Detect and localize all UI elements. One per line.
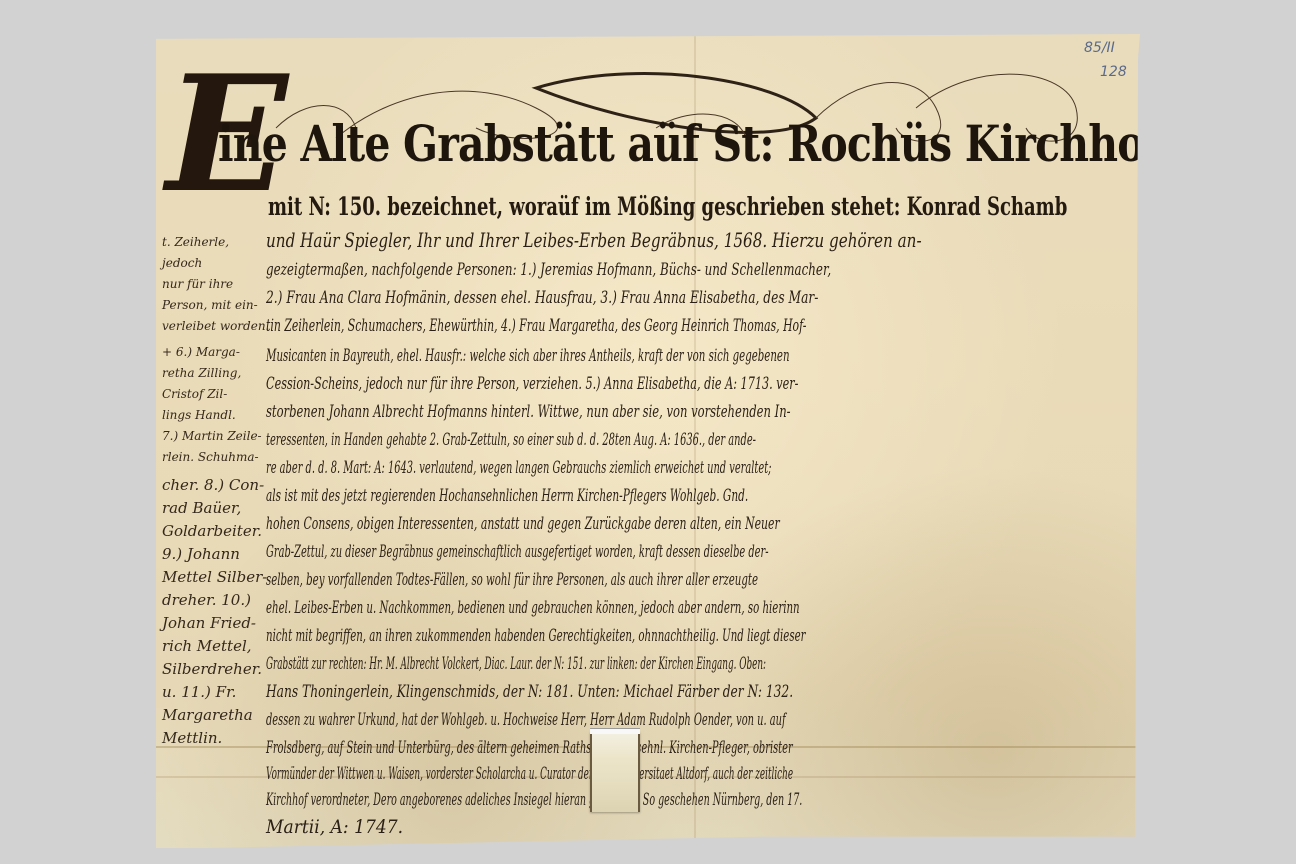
margin-note-line: Person, mit ein- [162, 295, 272, 316]
margin-note-a: t. Zeiherle, jedoch nur für ihre Person,… [162, 232, 272, 337]
archive-folio: 128 [1100, 64, 1127, 80]
text-line: als ist mit des jetzt regierenden Hochan… [266, 486, 748, 506]
parchment-document: 85/II 128 E ine Alte Grabstätt aüf St: R… [156, 34, 1140, 848]
text-line: nicht mit begriffen, an ihren zukommende… [266, 626, 805, 646]
document-subtitle: mit N: 150. bezeichnet, woraüf im Mößing… [268, 192, 1067, 221]
margin-note-line: Mettlin. [162, 727, 272, 750]
text-line: re aber d. d. 8. Mart: A: 1643. verlaute… [266, 458, 771, 478]
text-line: Kirchhof verordneter, Dero angeborenes a… [266, 790, 802, 810]
text-line: ehel. Leibes-Erben u. Nachkommen, bedien… [266, 598, 800, 618]
text-line: Cession-Scheins, jedoch nur für ihre Per… [266, 374, 798, 394]
margin-note-line: lings Handl. [162, 405, 272, 426]
text-line: 2.) Frau Ana Clara Hofmänin, dessen ehel… [266, 288, 818, 308]
margin-note-line: verleibet worden. [162, 316, 272, 337]
text-line: und Haür Spiegler, Ihr und Ihrer Leibes-… [266, 228, 922, 252]
margin-note-line: dreher. 10.) [162, 589, 272, 612]
margin-note-line: 9.) Johann [162, 543, 272, 566]
text-line: Hans Thoningerlein, Klingenschmids, der … [266, 682, 793, 702]
margin-note-line: rad Baüer, [162, 497, 272, 520]
margin-note-line: Silberdreher. [162, 658, 272, 681]
margin-note-line: u. 11.) Fr. [162, 681, 272, 704]
text-line: Grabstätt zur rechten: Hr. M. Albrecht V… [266, 654, 766, 674]
seal-tag [590, 732, 640, 812]
text-line: Frolsdberg, auf Stein und Unterbürg, des… [266, 738, 793, 758]
text-line: tin Zeiherlein, Schumachers, Ehewürthin,… [266, 316, 806, 336]
text-line: hohen Consens, obigen Interessenten, ans… [266, 514, 780, 534]
text-line: storbenen Johann Albrecht Hofmanns hinte… [266, 402, 791, 422]
text-line: Vormünder der Wittwen u. Waisen, vorders… [266, 764, 793, 784]
margin-note-line: Margaretha [162, 704, 272, 727]
text-line: dessen zu wahrer Urkund, hat der Wohlgeb… [266, 710, 786, 730]
margin-note-line: cher. 8.) Con- [162, 474, 272, 497]
text-line: gezeigtermaßen, nachfolgende Personen: 1… [266, 260, 831, 280]
document-title: ine Alte Grabstätt aüf St: Rochüs Kirchh… [218, 114, 1173, 173]
margin-note-line: 7.) Martin Zeile- [162, 426, 272, 447]
text-line: teressenten, in Handen gehabte 2. Grab-Z… [266, 430, 756, 450]
text-line: Musicanten in Bayreuth, ehel. Hausfr.: w… [266, 346, 790, 366]
margin-note-c: cher. 8.) Con- rad Baüer, Goldarbeiter. … [162, 474, 272, 750]
margin-note-line: t. Zeiherle, jedoch [162, 232, 272, 274]
margin-note-line: Johan Fried- [162, 612, 272, 635]
margin-note-line: Goldarbeiter. [162, 520, 272, 543]
margin-note-line: Mettel Silber- [162, 566, 272, 589]
margin-note-line: nur für ihre [162, 274, 272, 295]
margin-note-b: + 6.) Marga- retha Zilling, Cristof Zil-… [162, 342, 272, 468]
margin-note-line: rlein. Schuhma- [162, 447, 272, 468]
margin-note-line: + 6.) Marga- [162, 342, 272, 363]
margin-note-line: Cristof Zil- [162, 384, 272, 405]
archive-number: 85/II [1084, 40, 1115, 56]
text-line-date: Martii, A: 1747. [266, 816, 403, 838]
text-line: Grab-Zettul, zu dieser Begräbnus gemeins… [266, 542, 769, 562]
margin-note-line: retha Zilling, [162, 363, 272, 384]
text-line: selben, bey vorfallenden Todtes-Fällen, … [266, 570, 758, 590]
margin-note-line: rich Mettel, [162, 635, 272, 658]
